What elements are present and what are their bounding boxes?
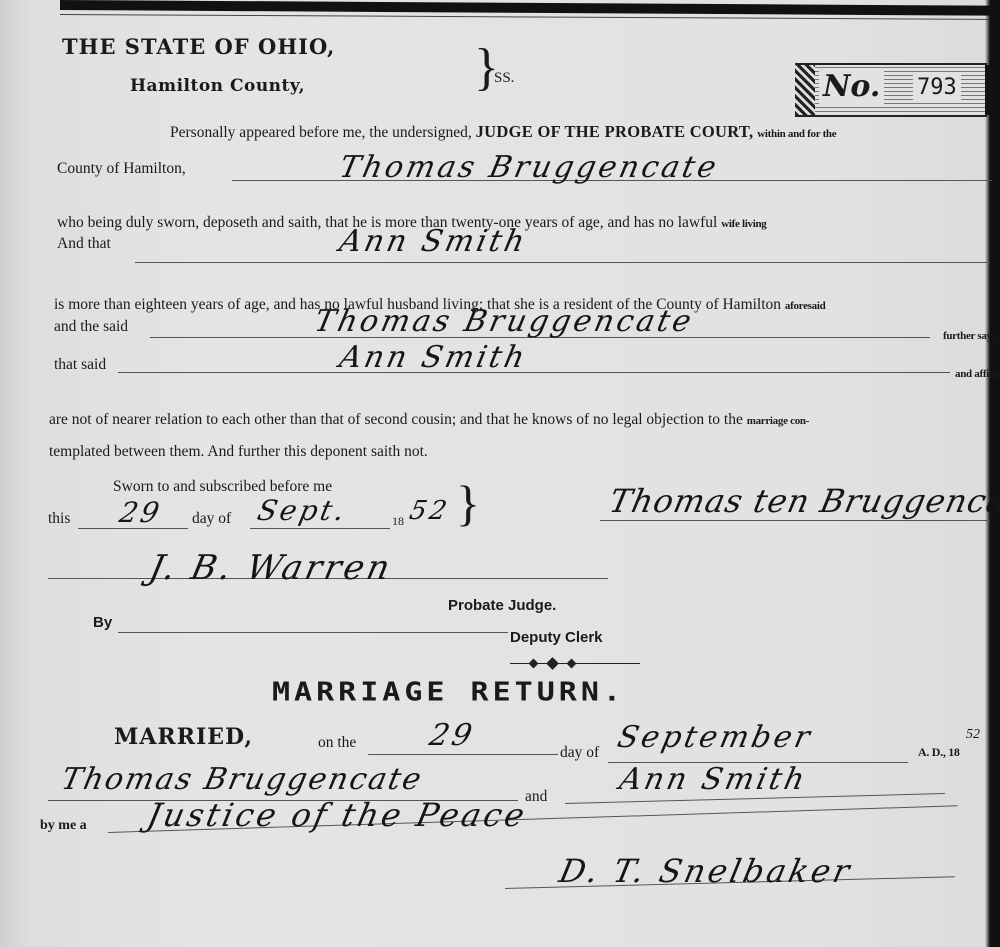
jurat-year-handwritten: 52	[407, 496, 452, 526]
line-1-suffix: within and for the	[757, 128, 836, 140]
married-label: MARRIED,	[114, 724, 253, 750]
ornamental-divider	[510, 663, 640, 664]
line-5-small: aforesaid	[785, 300, 825, 312]
affidavit-line-8: are not of nearer relation to each other…	[49, 411, 809, 429]
married-groom-handwritten: Thomas Bruggencate	[58, 762, 426, 797]
jurat-month-handwritten: Sept.	[254, 494, 350, 527]
bride-name-handwritten: Ann Smith	[336, 224, 530, 259]
line-8-small: marriage con-	[747, 415, 809, 427]
jurat-brace-symbol: }	[456, 478, 480, 528]
groom-name-2-handwritten: Thomas Bruggencate	[311, 304, 697, 339]
bride-name-2-handwritten: Ann Smith	[336, 340, 530, 375]
deponent-signature: Thomas ten Bruggencate	[606, 482, 1000, 520]
marriage-return-title: MARRIAGE RETURN.	[272, 678, 625, 708]
officiant-title-handwritten: Justice of the Peace	[144, 796, 531, 834]
that-said-label: that said	[54, 356, 106, 374]
jurat-month-line	[250, 528, 390, 529]
deputy-clerk-line	[118, 632, 508, 633]
divider-diamond-icon	[567, 659, 577, 669]
county-label: County of Hamilton,	[57, 160, 186, 178]
judge-probate-court-title: JUDGE OF THE PROBATE COURT,	[476, 122, 754, 141]
state-heading: THE STATE OF OHIO,	[62, 34, 335, 59]
line-1-prefix: Personally appeared before me, the under…	[170, 124, 472, 141]
and-affiant-label: and affiant	[955, 368, 1000, 380]
record-number-edge	[985, 65, 991, 115]
married-month-handwritten: September	[614, 720, 816, 755]
jurat-day-handwritten: 29	[116, 496, 165, 529]
line-3-small: wife living	[721, 218, 766, 230]
further-says-label: further says	[943, 330, 996, 342]
record-number-value: 793	[913, 75, 961, 100]
and-the-said-label: and the said	[54, 318, 128, 336]
celtic-knot-ornament-icon	[795, 65, 815, 115]
married-bride-handwritten: Ann Smith	[616, 762, 810, 797]
married-day-handwritten: 29	[426, 718, 478, 753]
divider-diamond-icon	[529, 659, 539, 669]
line-8-text: are not of nearer relation to each other…	[49, 411, 743, 428]
and-that-label: And that	[57, 235, 111, 253]
deponent-signature-line	[600, 520, 990, 521]
record-number-label: No.	[819, 69, 884, 104]
jurat-day-of-label: day of	[192, 510, 231, 528]
deputy-clerk-label: Deputy Clerk	[510, 629, 603, 646]
bride-name-line	[135, 262, 990, 263]
ad-label: A. D., 18	[918, 745, 960, 760]
top-heavy-rule	[60, 0, 990, 16]
county-heading: Hamilton County,	[130, 76, 305, 96]
affidavit-line-1: Personally appeared before me, the under…	[170, 122, 836, 142]
jurat-this-label: this	[48, 510, 70, 528]
record-number-box: No. 793	[795, 63, 987, 117]
probate-judge-label: Probate Judge.	[448, 597, 556, 614]
marriage-record-page: THE STATE OF OHIO, Hamilton County, } SS…	[0, 0, 1000, 947]
married-day-of-label: day of	[560, 744, 599, 762]
bride-name-2-line	[118, 372, 950, 373]
divider-diamond-icon	[546, 657, 559, 670]
by-label: By	[93, 614, 112, 631]
top-thin-rule	[60, 14, 990, 20]
by-me-a-label: by me a	[40, 818, 87, 834]
officiant-signature: D. T. Snelbaker	[556, 852, 856, 890]
married-year-handwritten: 52	[966, 727, 980, 743]
judge-signature: J. B. Warren	[146, 548, 397, 588]
on-the-label: on the	[318, 734, 356, 752]
jurat-year-prefix: 18	[392, 514, 404, 529]
ss-label: SS.	[494, 70, 514, 87]
groom-name-handwritten: Thomas Bruggencate	[336, 150, 722, 185]
married-day-line	[368, 754, 558, 755]
affidavit-line-9: templated between them. And further this…	[49, 443, 428, 461]
